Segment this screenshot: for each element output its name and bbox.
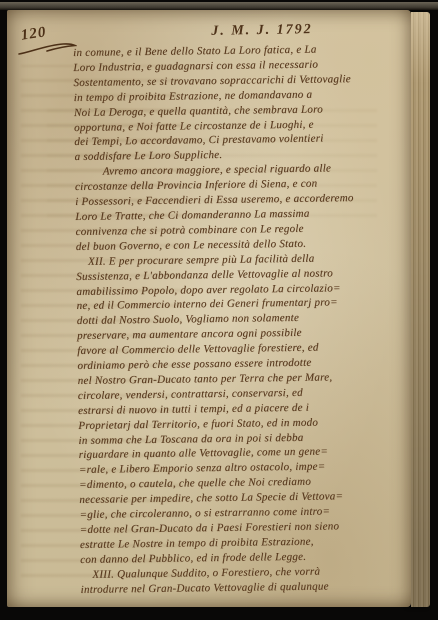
page-heading-date: J. M. J. 1792 xyxy=(177,22,347,41)
folio-flourish-stroke xyxy=(17,42,77,56)
manuscript-page: 120 J. M. J. 1792 in comune, e il Bene d… xyxy=(7,10,411,607)
desk-edge xyxy=(0,2,438,10)
manuscript-lines: in comune, e il Bene dello Stato La Loro… xyxy=(73,41,421,597)
manuscript-photo: 120 J. M. J. 1792 in comune, e il Bene d… xyxy=(0,0,438,620)
